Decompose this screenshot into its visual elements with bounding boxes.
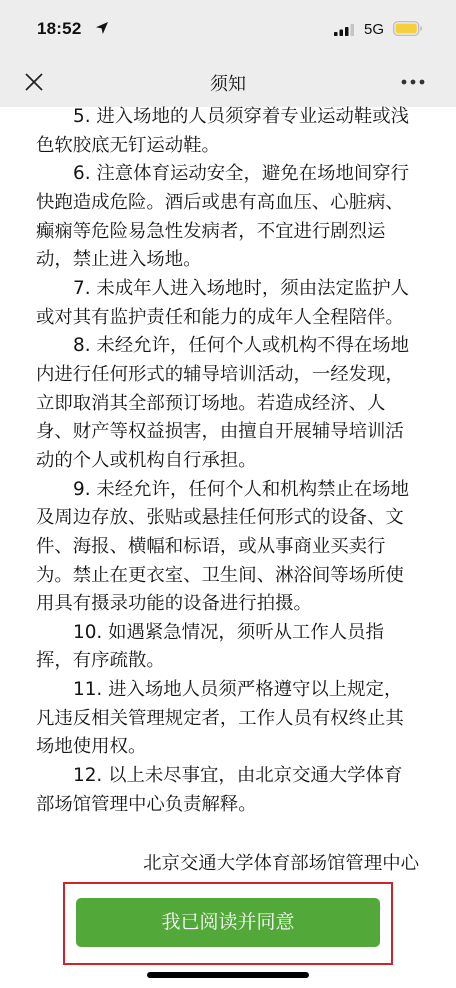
notice-line: 8. 未经允许，任何个人或机构不得在场地 bbox=[36, 332, 420, 361]
notice-line: 及周边存放、张贴或悬挂任何形式的设备、文 bbox=[36, 504, 420, 533]
notice-line: 10. 如遇紧急情况，须听从工作人员指 bbox=[36, 619, 420, 648]
notice-line: 动的个人或机构自行承担。 bbox=[36, 447, 420, 476]
home-indicator bbox=[147, 972, 309, 978]
notice-line: 部场馆管理中心负责解释。 bbox=[36, 791, 420, 820]
notice-line: 9. 未经允许，任何个人和机构禁止在场地 bbox=[36, 476, 420, 505]
notice-line: 挥，有序疏散。 bbox=[36, 647, 420, 676]
network-type: 5G bbox=[364, 21, 384, 38]
notice-line: 凡违反相关管理规定者，工作人员有权终止其 bbox=[36, 705, 420, 734]
notice-line: 12. 以上未尽事宜，由北京交通大学体育 bbox=[36, 762, 420, 791]
notice-content: 5. 进入场地的人员须穿着专业运动鞋或浅 色软胶底无钉运动鞋。 6. 注意体育运… bbox=[36, 103, 420, 819]
notice-item-11: 11. 进入场地人员须严格遵守以上规定， 凡违反相关管理规定者，工作人员有权终止… bbox=[36, 676, 420, 762]
notice-item-5: 5. 进入场地的人员须穿着专业运动鞋或浅 色软胶底无钉运动鞋。 bbox=[36, 103, 420, 160]
notice-line: 6. 注意体育运动安全，避免在场地间穿行 bbox=[36, 160, 420, 189]
more-dots-icon[interactable] bbox=[396, 70, 430, 94]
notice-item-12: 12. 以上未尽事宜，由北京交通大学体育 部场馆管理中心负责解释。 bbox=[36, 762, 420, 819]
notice-item-7: 7. 未成年人进入场地时，须由法定监护人 或对其有监护责任和能力的成年人全程陪伴… bbox=[36, 275, 420, 332]
notice-line: 立即取消其全部预订场地。若造成经济、人 bbox=[36, 390, 420, 419]
notice-line: 癫痫等危险易急性发病者，不宜进行剧烈运 bbox=[36, 218, 420, 247]
notice-line: 色软胶底无钉运动鞋。 bbox=[36, 132, 420, 161]
notice-item-10: 10. 如遇紧急情况，须听从工作人员指 挥，有序疏散。 bbox=[36, 619, 420, 676]
notice-line: 内进行任何形式的辅导培训活动，一经发现， bbox=[36, 361, 420, 390]
notice-line: 为。禁止在更衣室、卫生间、淋浴间等场所使 bbox=[36, 562, 420, 591]
notice-line: 身、财产等权益损害，由擅自开展辅导培训活 bbox=[36, 418, 420, 447]
signature: 北京交通大学体育部场馆管理中心 bbox=[143, 849, 419, 875]
nav-bar: 须知 bbox=[0, 58, 456, 107]
notice-line: 5. 进入场地的人员须穿着专业运动鞋或浅 bbox=[36, 103, 420, 132]
agree-button[interactable]: 我已阅读并同意 bbox=[76, 898, 380, 947]
notice-line: 快跑造成危险。酒后或患有高血压、心脏病、 bbox=[36, 189, 420, 218]
notice-item-8: 8. 未经允许，任何个人或机构不得在场地 内进行任何形式的辅导培训活动，一经发现… bbox=[36, 332, 420, 475]
notice-line: 11. 进入场地人员须严格遵守以上规定， bbox=[36, 676, 420, 705]
status-bar: 18:52 5G bbox=[0, 0, 456, 58]
cellular-signal-icon bbox=[334, 24, 356, 36]
notice-item-6: 6. 注意体育运动安全，避免在场地间穿行 快跑造成危险。酒后或患有高血压、心脏病… bbox=[36, 160, 420, 275]
notice-item-9: 9. 未经允许，任何个人和机构禁止在场地 及周边存放、张贴或悬挂任何形式的设备、… bbox=[36, 476, 420, 619]
notice-line: 件、海报、横幅和标语，或从事商业买卖行 bbox=[36, 533, 420, 562]
notice-line: 场地使用权。 bbox=[36, 733, 420, 762]
notice-line: 用具有摄录功能的设备进行拍摄。 bbox=[36, 590, 420, 619]
location-arrow-icon bbox=[95, 21, 109, 35]
status-time: 18:52 bbox=[37, 19, 81, 39]
notice-line: 动，禁止进入场地。 bbox=[36, 246, 420, 275]
notice-line: 7. 未成年人进入场地时，须由法定监护人 bbox=[36, 275, 420, 304]
page-title: 须知 bbox=[0, 70, 456, 96]
battery-icon bbox=[393, 21, 423, 36]
notice-line: 或对其有监护责任和能力的成年人全程陪伴。 bbox=[36, 304, 420, 333]
